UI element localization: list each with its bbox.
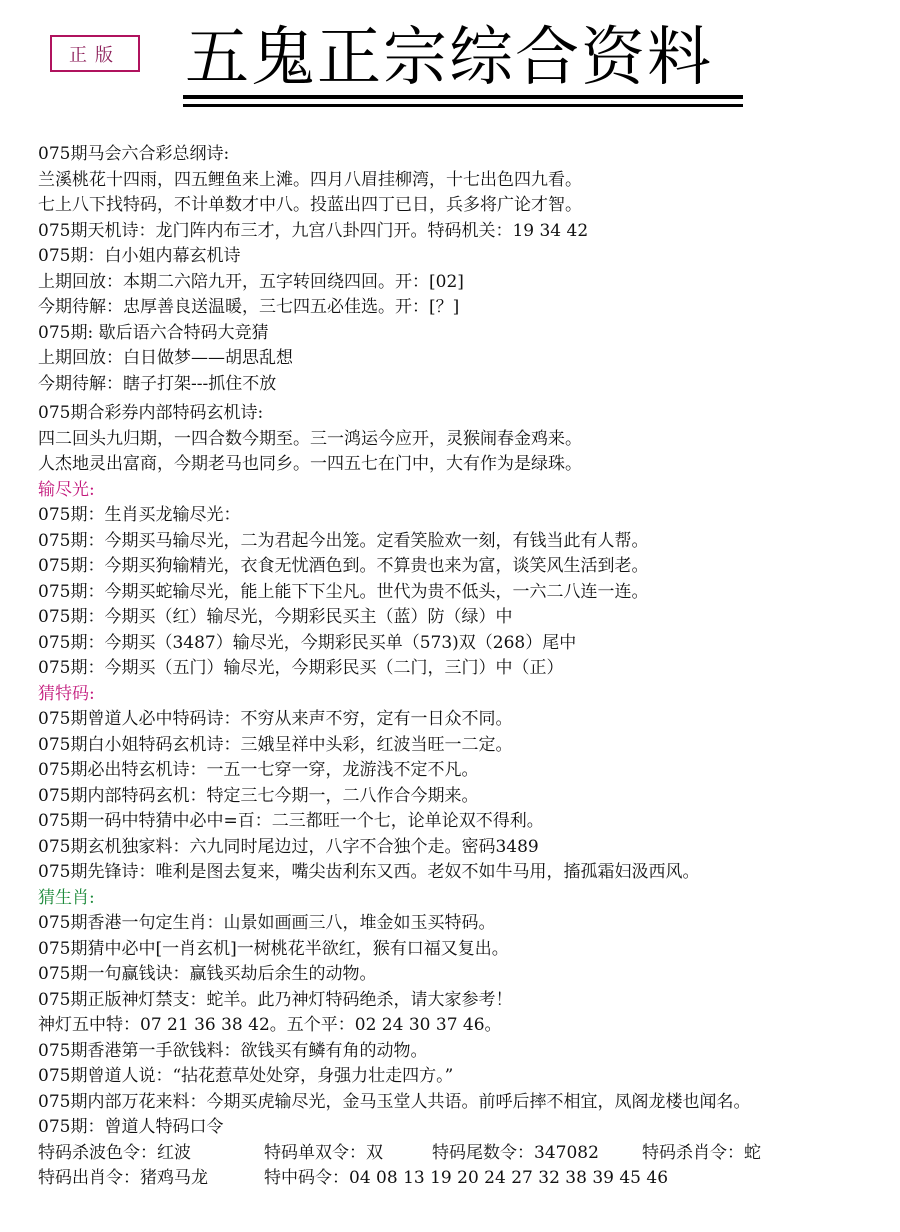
title-underline-thick xyxy=(183,95,743,99)
text-line: 075期：生肖买龙输尽光： xyxy=(38,503,898,529)
text-line: 075期内部万花来料：今期买虎输尽光，金马玉堂人共语。前呼后摔不相宜，凤阁龙楼也… xyxy=(38,1090,898,1116)
section-guess-code: 猜特码: 075期曾道人必中特码诗：不穷从来声不穷，定有一日众不同。 075期白… xyxy=(38,682,898,886)
text-line: 今期待解：忠厚善良送温暖，三七四五必佳选。开：[？] xyxy=(38,295,898,321)
command-hit-numbers: 特中码令：04 08 13 19 20 24 27 32 38 39 45 46 xyxy=(264,1166,668,1192)
text-line: 075期：曾道人特码口令 xyxy=(38,1115,898,1141)
text-line: 今期待解：瞎子打架---抓住不放 xyxy=(38,372,898,398)
title-underline-thin xyxy=(183,104,743,107)
text-line: 075期天机诗：龙门阵内布三才，九宫八卦四门开。特码机关：19 34 42 xyxy=(38,219,898,245)
command-kill-color: 特码杀波色令：红波 xyxy=(38,1141,264,1167)
text-line: 075期正版神灯禁支：蛇羊。此乃神灯特码绝杀，请大家参考！ xyxy=(38,988,898,1014)
command-row-1: 特码杀波色令：红波特码单双令：双特码尾数令：347082特码杀肖令：蛇 xyxy=(38,1141,898,1167)
command-tail-digits: 特码尾数令：347082 xyxy=(432,1141,642,1167)
text-line: 075期必出特玄机诗：一五一七穿一穿，龙游浅不定不凡。 xyxy=(38,758,898,784)
section-heading: 猜生肖: xyxy=(38,886,898,912)
text-line: 人杰地灵出富商，今期老马也同乡。一四五七在门中，大有作为是绿珠。 xyxy=(38,452,898,478)
text-line: 075期：白小姐内幕玄机诗 xyxy=(38,244,898,270)
command-zodiac-out: 特码出肖令：猪鸡马龙 xyxy=(38,1166,264,1192)
text-line: 075期白小姐特码玄机诗：三娥呈祥中头彩，红波当旺一二定。 xyxy=(38,733,898,759)
section-guess-zodiac: 猜生肖: 075期香港一句定生肖：山景如画画三八，堆金如玉买特码。 075期猜中… xyxy=(38,886,898,1141)
section-heading: 猜特码: xyxy=(38,682,898,708)
text-line: 075期一码中特猜中必中=百：二三都旺一个七，论单论双不得利。 xyxy=(38,809,898,835)
text-line: 075期玄机独家料：六九同时尾边过，八字不合独个走。密码3489 xyxy=(38,835,898,861)
text-line: 075期先锋诗：唯利是图去复来，嘴尖齿利东又西。老奴不如牛马用，搐孤霜妇汲西风。 xyxy=(38,860,898,886)
text-line: 075期: 歇后语六合特码大竞猜 xyxy=(38,321,898,347)
command-odd-even: 特码单双令：双 xyxy=(264,1141,432,1167)
text-line: 075期：今期买蛇输尽光，能上能下下尘凡。世代为贵不低头，一六二八连一连。 xyxy=(38,580,898,606)
text-line: 四二回头九归期，一四合数今期至。三一鸿运今应开，灵猴闹春金鸡来。 xyxy=(38,427,898,453)
text-line: 075期合彩券内部特码玄机诗: xyxy=(38,401,898,427)
text-line: 075期：今期买（五门）输尽光，今期彩民买（二门，三门）中（正） xyxy=(38,656,898,682)
text-line: 075期香港一句定生肖：山景如画画三八，堆金如玉买特码。 xyxy=(38,911,898,937)
text-line: 075期内部特码玄机：特定三七今期一，二八作合今期来。 xyxy=(38,784,898,810)
text-line: 075期：今期买（3487）输尽光，今期彩民买单（573)双（268）尾中 xyxy=(38,631,898,657)
text-line: 075期：今期买马输尽光，二为君起今出笼。定看笑脸欢一刻，有钱当此有人帮。 xyxy=(38,529,898,555)
text-line: 075期香港第一手欲钱料：欲钱买有鳞有角的动物。 xyxy=(38,1039,898,1065)
text-line: 075期猜中必中[一肖玄机]一树桃花半欲红，猴有口福又复出。 xyxy=(38,937,898,963)
text-line: 075期曾道人必中特码诗：不穷从来声不穷，定有一日众不同。 xyxy=(38,707,898,733)
text-line: 075期：今期买狗输精光，衣食无忧酒色到。不算贵也来为富，谈笑风生活到老。 xyxy=(38,554,898,580)
text-line: 075期一句赢钱诀：赢钱买劫后余生的动物。 xyxy=(38,962,898,988)
document-body: 075期马会六合彩总纲诗: 兰溪桃花十四雨，四五鲤鱼来上滩。四月八眉挂柳湾，十七… xyxy=(38,142,898,1192)
text-line: 075期：今期买（红）输尽光，今期彩民买主（蓝）防（绿）中 xyxy=(38,605,898,631)
text-line: 上期回放：本期二六陪九开，五字转回绕四回。开：[02] xyxy=(38,270,898,296)
text-line: 075期曾道人说：“拈花惹草处处穿，身强力壮走四方。” xyxy=(38,1064,898,1090)
command-kill-zodiac: 特码杀肖令：蛇 xyxy=(642,1141,761,1167)
text-line: 七上八下找特码，不计单数才中八。投蓝出四丁已日，兵多将广论才智。 xyxy=(38,193,898,219)
text-line: 神灯五中特：07 21 36 38 42。五个平：02 24 30 37 46。 xyxy=(38,1013,898,1039)
poem-block: 075期合彩券内部特码玄机诗: 四二回头九归期，一四合数今期至。三一鸿运今应开，… xyxy=(38,401,898,478)
command-row-2: 特码出肖令：猪鸡马龙特中码令：04 08 13 19 20 24 27 32 3… xyxy=(38,1166,898,1192)
section-heading: 输尽光: xyxy=(38,478,898,504)
official-badge: 正版 xyxy=(50,35,140,72)
text-line: 075期马会六合彩总纲诗: xyxy=(38,142,898,168)
section-lose-all: 输尽光: 075期：生肖买龙输尽光： 075期：今期买马输尽光，二为君起今出笼。… xyxy=(38,478,898,682)
text-line: 兰溪桃花十四雨，四五鲤鱼来上滩。四月八眉挂柳湾，十七出色四九看。 xyxy=(38,168,898,194)
badge-label: 正版 xyxy=(69,41,121,67)
text-line: 上期回放：白日做梦——胡思乱想 xyxy=(38,346,898,372)
page-title: 五鬼正宗综合资料 xyxy=(185,22,745,94)
top-block: 075期马会六合彩总纲诗: 兰溪桃花十四雨，四五鲤鱼来上滩。四月八眉挂柳湾，十七… xyxy=(38,142,898,397)
